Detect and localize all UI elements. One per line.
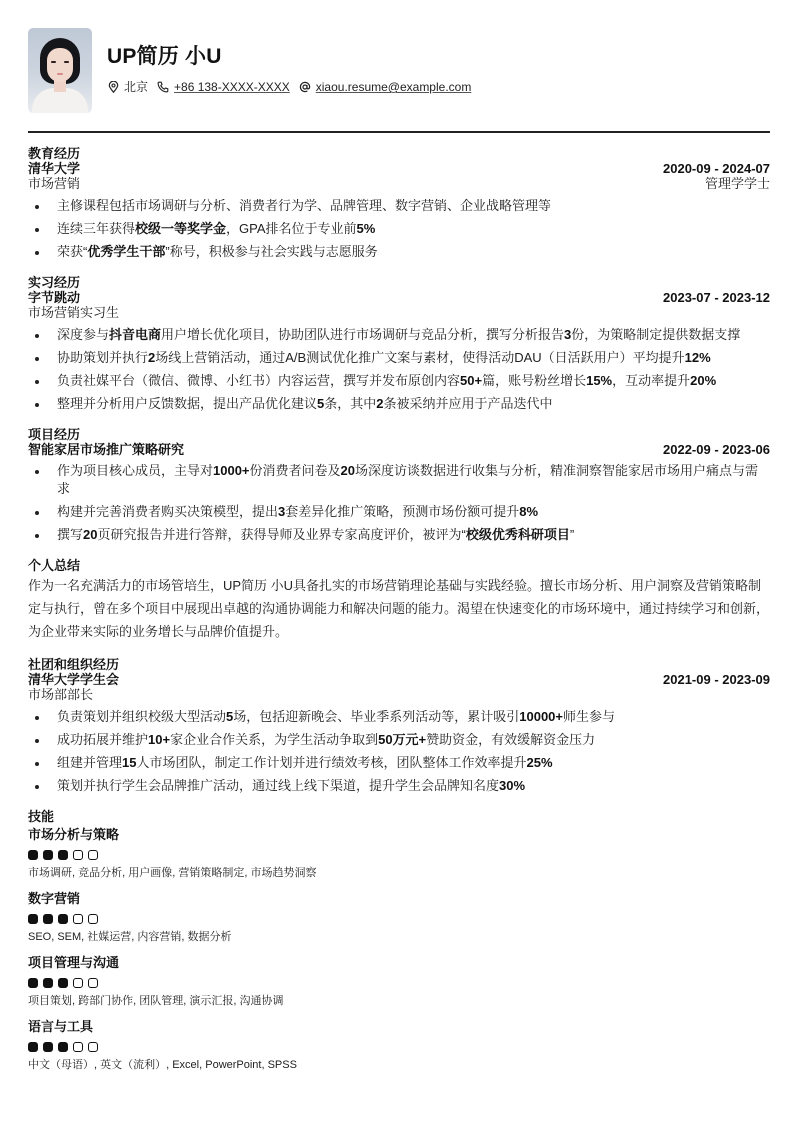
bullet-text: 策划并执行学生会品牌推广活动，通过线上线下渠道，提升学生会品牌知名度 — [57, 778, 499, 793]
photo-eye — [51, 61, 56, 63]
filled-dot-icon — [58, 1042, 68, 1052]
map-pin-icon — [107, 81, 119, 93]
bullet-text: 页研究报告并进行答辩，获得导师及业界专家高度评价，被评为“ — [97, 527, 465, 542]
skills-list: 市场分析与策略市场调研, 竞品分析, 用户画像, 营销策略制定, 市场趋势洞察数… — [28, 826, 770, 1073]
highlight-text: 10+ — [148, 732, 170, 747]
bullet-text: 条，其中 — [324, 396, 376, 411]
bullet-text: 成功拓展并维护 — [57, 732, 148, 747]
bullet-text: 协助策划并执行 — [57, 350, 148, 365]
contact-email: xiaou.resume@example.com — [299, 79, 472, 95]
bullet-text: 场，包括迎新晚会、毕业季系列活动等，累计吸引 — [233, 709, 519, 724]
entry-subheader: 市场部部长 — [28, 687, 770, 703]
email-link[interactable]: xiaou.resume@example.com — [316, 79, 472, 95]
organization-role: 市场部部长 — [28, 687, 93, 703]
list-item: 负责社媒平台（微信、微博、小红书）内容运营，撰写并发布原创内容50+篇，账号粉丝… — [28, 372, 770, 390]
photo-eye — [64, 61, 69, 63]
section-title: 教育经历 — [28, 146, 770, 161]
bullet-text: 荣获“ — [57, 244, 87, 259]
highlight-text: 15% — [586, 373, 612, 388]
company-name: 字节跳动 — [28, 290, 80, 305]
profile-photo — [28, 28, 92, 113]
highlight-text: 50+ — [460, 373, 482, 388]
skill-name: 数字营销 — [28, 890, 770, 907]
bullet-text: 份消费者问卷及 — [250, 463, 341, 478]
bullet-text: 负责社媒平台（微信、微博、小红书）内容运营，撰写并发布原创内容 — [57, 373, 460, 388]
filled-dot-icon — [58, 850, 68, 860]
highlight-text: 校级优秀科研项目 — [466, 527, 570, 542]
contact-location: 北京 — [107, 79, 148, 95]
section-project: 项目经历 智能家居市场推广策略研究 2022-09 - 2023-06 作为项目… — [28, 427, 770, 544]
bullet-text: 主修课程包括市场调研与分析、消费者行为学、品牌管理、数字营销、企业战略管理等 — [57, 198, 551, 213]
entry-header: 字节跳动 2023-07 - 2023-12 — [28, 290, 770, 305]
phone-icon — [157, 81, 169, 93]
filled-dot-icon — [58, 978, 68, 988]
at-sign-icon — [299, 81, 311, 93]
empty-dot-icon — [88, 850, 98, 860]
list-item: 主修课程包括市场调研与分析、消费者行为学、品牌管理、数字营销、企业战略管理等 — [28, 197, 770, 215]
school-name: 清华大学 — [28, 161, 80, 176]
bullet-list: 作为项目核心成员，主导对1000+份消费者问卷及20场深度访谈数据进行收集与分析… — [28, 462, 770, 544]
skill-name: 语言与工具 — [28, 1018, 770, 1035]
resume-page: UP简历 小U 北京 +86 138-XXXX-XXXX — [28, 28, 770, 114]
bullet-text: ，互动率提升 — [612, 373, 690, 388]
section-education: 教育经历 清华大学 2020-09 - 2024-07 市场营销 管理学学士 主… — [28, 146, 770, 261]
skill-level-rating — [28, 914, 770, 925]
section-title: 实习经历 — [28, 275, 770, 290]
skill-level-rating — [28, 978, 770, 989]
highlight-text: 30% — [499, 778, 525, 793]
header-info: UP简历 小U 北京 +86 138-XXXX-XXXX — [107, 28, 480, 95]
entry-date: 2023-07 - 2023-12 — [663, 290, 770, 305]
skill-keywords: SEO, SEM, 社媒运营, 内容营销, 数据分析 — [28, 930, 770, 945]
entry-date: 2020-09 - 2024-07 — [663, 161, 770, 176]
section-skills: 技能 市场分析与策略市场调研, 竞品分析, 用户画像, 营销策略制定, 市场趋势… — [28, 809, 770, 1073]
empty-dot-icon — [73, 1042, 83, 1052]
skill-level-rating — [28, 850, 770, 861]
list-item: 撰写20页研究报告并进行答辩，获得导师及业界专家高度评价，被评为“校级优秀科研项… — [28, 526, 770, 544]
list-item: 整理并分析用户反馈数据，提出产品优化建议5条，其中2条被采纳并应用于产品迭代中 — [28, 395, 770, 413]
degree: 管理学学士 — [705, 176, 770, 192]
filled-dot-icon — [28, 914, 38, 924]
skill-keywords: 中文（母语）, 英文（流利）, Excel, PowerPoint, SPSS — [28, 1058, 770, 1073]
bullet-text: ”称号，积极参与社会实践与志愿服务 — [165, 244, 377, 259]
highlight-text: 25% — [527, 755, 553, 770]
highlight-text: 优秀学生干部 — [87, 244, 165, 259]
list-item: 构建并完善消费者购买决策模型，提出3套差异化推广策略，预测市场份额可提升8% — [28, 503, 770, 521]
bullet-text: ” — [570, 527, 574, 542]
filled-dot-icon — [43, 978, 53, 988]
entry-date: 2021-09 - 2023-09 — [663, 672, 770, 687]
list-item: 组建并管理15人市场团队，制定工作计划并进行绩效考核，团队整体工作效率提升25% — [28, 754, 770, 772]
empty-dot-icon — [88, 978, 98, 988]
summary-text: 作为一名充满活力的市场管培生，UP简历 小U具备扎实的市场营销理论基础与实践经验… — [28, 574, 770, 643]
bullet-text: 组建并管理 — [57, 755, 122, 770]
bullet-list: 负责策划并组织校级大型活动5场，包括迎新晚会、毕业季系列活动等，累计吸引1000… — [28, 708, 770, 795]
highlight-text: 10000+ — [519, 709, 563, 724]
section-summary: 个人总结 作为一名充满活力的市场管培生，UP简历 小U具备扎实的市场营销理论基础… — [28, 558, 770, 643]
section-internship: 实习经历 字节跳动 2023-07 - 2023-12 市场营销实习生 深度参与… — [28, 275, 770, 413]
skill-name: 市场分析与策略 — [28, 826, 770, 843]
bullet-text: 用户增长优化项目，协助团队进行市场调研与竞品分析，撰写分析报告 — [161, 327, 564, 342]
filled-dot-icon — [28, 978, 38, 988]
bullet-list: 主修课程包括市场调研与分析、消费者行为学、品牌管理、数字营销、企业战略管理等连续… — [28, 197, 770, 261]
list-item: 连续三年获得校级一等奖学金，GPA排名位于专业前5% — [28, 220, 770, 238]
phone-link[interactable]: +86 138-XXXX-XXXX — [174, 79, 290, 95]
bullet-text: 场线上营销活动，通过A/B测试优化推广文案与素材，使得活动DAU（日活跃用户）平… — [155, 350, 684, 365]
skill-item: 数字营销SEO, SEM, 社媒运营, 内容营销, 数据分析 — [28, 890, 770, 945]
highlight-text: 20% — [690, 373, 716, 388]
bullet-text: 师生参与 — [563, 709, 615, 724]
resume-header: UP简历 小U 北京 +86 138-XXXX-XXXX — [28, 28, 770, 114]
entry-date: 2022-09 - 2023-06 — [663, 442, 770, 457]
highlight-text: 1000+ — [213, 463, 250, 478]
major: 市场营销 — [28, 176, 80, 192]
bullet-text: 整理并分析用户反馈数据，提出产品优化建议 — [57, 396, 317, 411]
bullet-text: 构建并完善消费者购买决策模型，提出 — [57, 504, 278, 519]
job-role: 市场营销实习生 — [28, 305, 119, 321]
section-title: 个人总结 — [28, 558, 770, 573]
skill-item: 项目管理与沟通项目策划, 跨部门协作, 团队管理, 演示汇报, 沟通协调 — [28, 954, 770, 1009]
skill-item: 市场分析与策略市场调研, 竞品分析, 用户画像, 营销策略制定, 市场趋势洞察 — [28, 826, 770, 881]
bullet-list: 深度参与抖音电商用户增长优化项目，协助团队进行市场调研与竞品分析，撰写分析报告3… — [28, 326, 770, 413]
section-title: 社团和组织经历 — [28, 657, 770, 672]
highlight-text: 20 — [83, 527, 97, 542]
highlight-text: 5% — [357, 221, 376, 236]
filled-dot-icon — [43, 914, 53, 924]
contact-phone: +86 138-XXXX-XXXX — [157, 79, 290, 95]
resume-sections: 教育经历 清华大学 2020-09 - 2024-07 市场营销 管理学学士 主… — [28, 146, 770, 1087]
bullet-text: 条被采纳并应用于产品迭代中 — [384, 396, 553, 411]
empty-dot-icon — [73, 850, 83, 860]
bullet-text: 份，为策略制定提供数据支撑 — [571, 327, 740, 342]
bullet-text: 篇，账号粉丝增长 — [482, 373, 586, 388]
highlight-text: 8% — [519, 504, 538, 519]
section-title: 项目经历 — [28, 427, 770, 442]
list-item: 作为项目核心成员，主导对1000+份消费者问卷及20场深度访谈数据进行收集与分析… — [28, 462, 770, 498]
entry-subheader: 市场营销实习生 — [28, 305, 770, 321]
empty-dot-icon — [88, 914, 98, 924]
candidate-name: UP简历 小U — [107, 44, 480, 70]
highlight-text: 50万元+ — [378, 732, 426, 747]
project-name: 智能家居市场推广策略研究 — [28, 442, 184, 457]
bullet-text: ，GPA排名位于专业前 — [226, 221, 357, 236]
bullet-text: 深度参与 — [57, 327, 109, 342]
skill-item: 语言与工具中文（母语）, 英文（流利）, Excel, PowerPoint, … — [28, 1018, 770, 1073]
highlight-text: 20 — [341, 463, 355, 478]
entry-header: 清华大学 2020-09 - 2024-07 — [28, 161, 770, 176]
filled-dot-icon — [58, 914, 68, 924]
bullet-text: 撰写 — [57, 527, 83, 542]
highlight-text: 校级一等奖学金 — [135, 221, 226, 236]
skill-keywords: 项目策划, 跨部门协作, 团队管理, 演示汇报, 沟通协调 — [28, 994, 770, 1009]
bullet-text: 赞助资金，有效缓解资金压力 — [426, 732, 595, 747]
skill-name: 项目管理与沟通 — [28, 954, 770, 971]
list-item: 协助策划并执行2场线上营销活动，通过A/B测试优化推广文案与素材，使得活动DAU… — [28, 349, 770, 367]
section-title: 技能 — [28, 809, 770, 824]
empty-dot-icon — [73, 978, 83, 988]
list-item: 荣获“优秀学生干部”称号，积极参与社会实践与志愿服务 — [28, 243, 770, 261]
location-text: 北京 — [124, 79, 148, 95]
organization-name: 清华大学学生会 — [28, 672, 119, 687]
list-item: 策划并执行学生会品牌推广活动，通过线上线下渠道，提升学生会品牌知名度30% — [28, 777, 770, 795]
highlight-text: 12% — [685, 350, 711, 365]
entry-header: 智能家居市场推广策略研究 2022-09 - 2023-06 — [28, 442, 770, 457]
list-item: 成功拓展并维护10+家企业合作关系，为学生活动争取到50万元+赞助资金，有效缓解… — [28, 731, 770, 749]
filled-dot-icon — [43, 1042, 53, 1052]
entry-header: 清华大学学生会 2021-09 - 2023-09 — [28, 672, 770, 687]
filled-dot-icon — [28, 1042, 38, 1052]
contact-row: 北京 +86 138-XXXX-XXXX xiaou.resume@exampl… — [107, 79, 480, 95]
bullet-text: 家企业合作关系，为学生活动争取到 — [170, 732, 378, 747]
filled-dot-icon — [28, 850, 38, 860]
highlight-text: 15 — [122, 755, 136, 770]
list-item: 深度参与抖音电商用户增长优化项目，协助团队进行市场调研与竞品分析，撰写分析报告3… — [28, 326, 770, 344]
skill-level-rating — [28, 1042, 770, 1053]
photo-face — [47, 48, 73, 82]
empty-dot-icon — [73, 914, 83, 924]
bullet-text: 套差异化推广策略，预测市场份额可提升 — [285, 504, 519, 519]
bullet-text: 作为项目核心成员，主导对 — [57, 463, 213, 478]
bullet-text: 负责策划并组织校级大型活动 — [57, 709, 226, 724]
bullet-text: 人市场团队，制定工作计划并进行绩效考核，团队整体工作效率提升 — [136, 755, 526, 770]
photo-lip — [57, 73, 63, 75]
skill-keywords: 市场调研, 竞品分析, 用户画像, 营销策略制定, 市场趋势洞察 — [28, 866, 770, 881]
filled-dot-icon — [43, 850, 53, 860]
entry-subheader: 市场营销 管理学学士 — [28, 176, 770, 192]
header-divider — [28, 131, 770, 133]
section-organization: 社团和组织经历 清华大学学生会 2021-09 - 2023-09 市场部部长 … — [28, 657, 770, 795]
highlight-text: 2 — [376, 396, 383, 411]
bullet-text: 连续三年获得 — [57, 221, 135, 236]
highlight-text: 抖音电商 — [109, 327, 161, 342]
empty-dot-icon — [88, 1042, 98, 1052]
list-item: 负责策划并组织校级大型活动5场，包括迎新晚会、毕业季系列活动等，累计吸引1000… — [28, 708, 770, 726]
